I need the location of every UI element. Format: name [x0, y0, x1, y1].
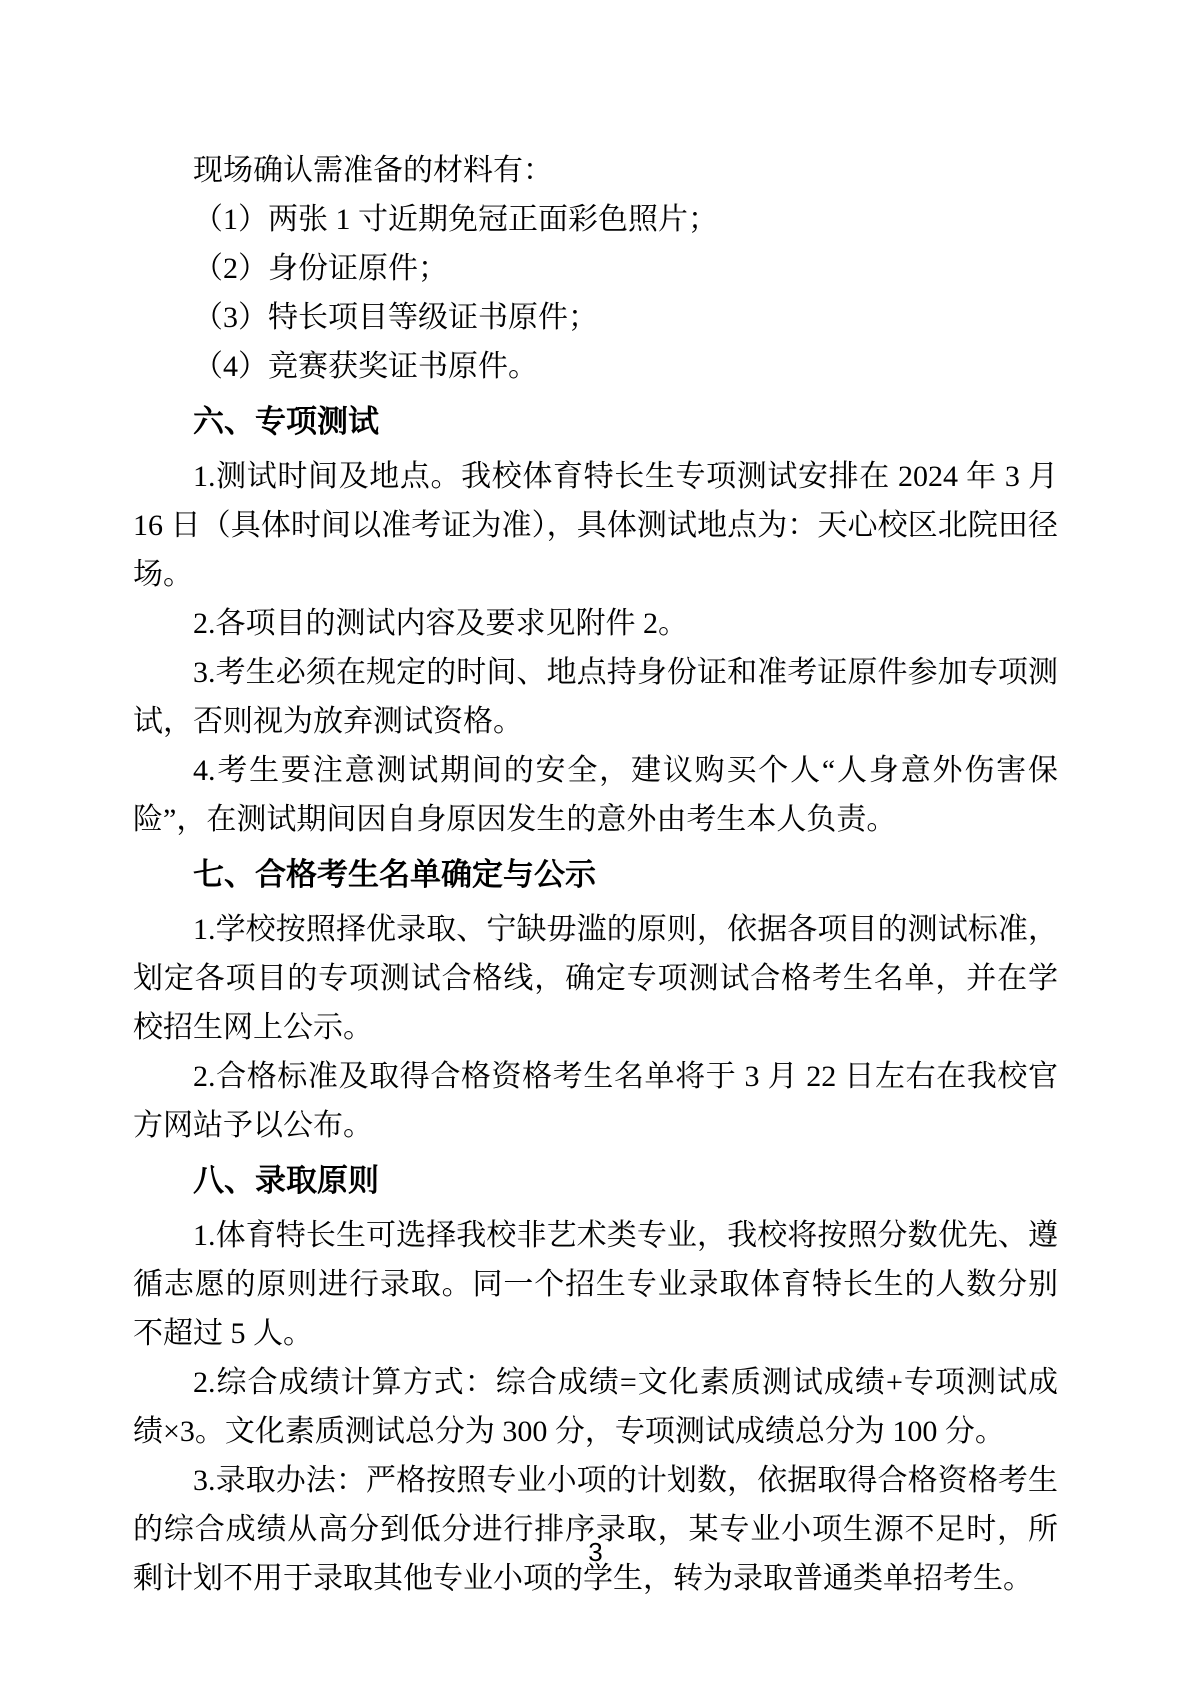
section-8-paragraph-1: 1.体育特长生可选择我校非艺术类专业，我校将按照分数优先、遵循志愿的原则进行录取…: [133, 1211, 1058, 1358]
section-6-paragraph-3: 3.考生必须在规定的时间、地点持身份证和准考证原件参加专项测试，否则视为放弃测试…: [133, 648, 1058, 746]
material-list-item-3: （3）特长项目等级证书原件；: [133, 293, 1058, 342]
section-heading-special-test: 六、专项测试: [133, 397, 1058, 446]
section-8-paragraph-3: 3.录取办法：严格按照专业小项的计划数，依据取得合格资格考生的综合成绩从高分到低…: [133, 1456, 1058, 1603]
intro-paragraph: 现场确认需准备的材料有：: [133, 146, 1058, 195]
section-8-paragraph-2: 2.综合成绩计算方式：综合成绩=文化素质测试成绩+专项测试成绩×3。文化素质测试…: [133, 1358, 1058, 1456]
section-7-paragraph-1: 1.学校按照择优录取、宁缺毋滥的原则，依据各项目的测试标准，划定各项目的专项测试…: [133, 905, 1058, 1052]
material-list-item-4: （4）竞赛获奖证书原件。: [133, 342, 1058, 391]
section-6-paragraph-4: 4.考生要注意测试期间的安全，建议购买个人“人身意外伤害保险”，在测试期间因自身…: [133, 746, 1058, 844]
section-6-paragraph-1: 1.测试时间及地点。我校体育特长生专项测试安排在 2024 年 3 月 16 日…: [133, 452, 1058, 599]
material-list-item-2: （2）身份证原件；: [133, 244, 1058, 293]
section-7-paragraph-2: 2.合格标准及取得合格资格考生名单将于 3 月 22 日左右在我校官方网站予以公…: [133, 1052, 1058, 1150]
document-page: 现场确认需准备的材料有： （1）两张 1 寸近期免冠正面彩色照片； （2）身份证…: [0, 0, 1191, 1684]
material-list-item-1: （1）两张 1 寸近期免冠正面彩色照片；: [133, 195, 1058, 244]
section-6-paragraph-2: 2.各项目的测试内容及要求见附件 2。: [133, 599, 1058, 648]
page-footer: 3: [0, 1538, 1191, 1566]
page-number: 3: [588, 1537, 602, 1567]
section-heading-qualified-list: 七、合格考生名单确定与公示: [133, 850, 1058, 899]
document-body: 现场确认需准备的材料有： （1）两张 1 寸近期免冠正面彩色照片； （2）身份证…: [133, 146, 1058, 1603]
section-heading-admission-principles: 八、录取原则: [133, 1156, 1058, 1205]
